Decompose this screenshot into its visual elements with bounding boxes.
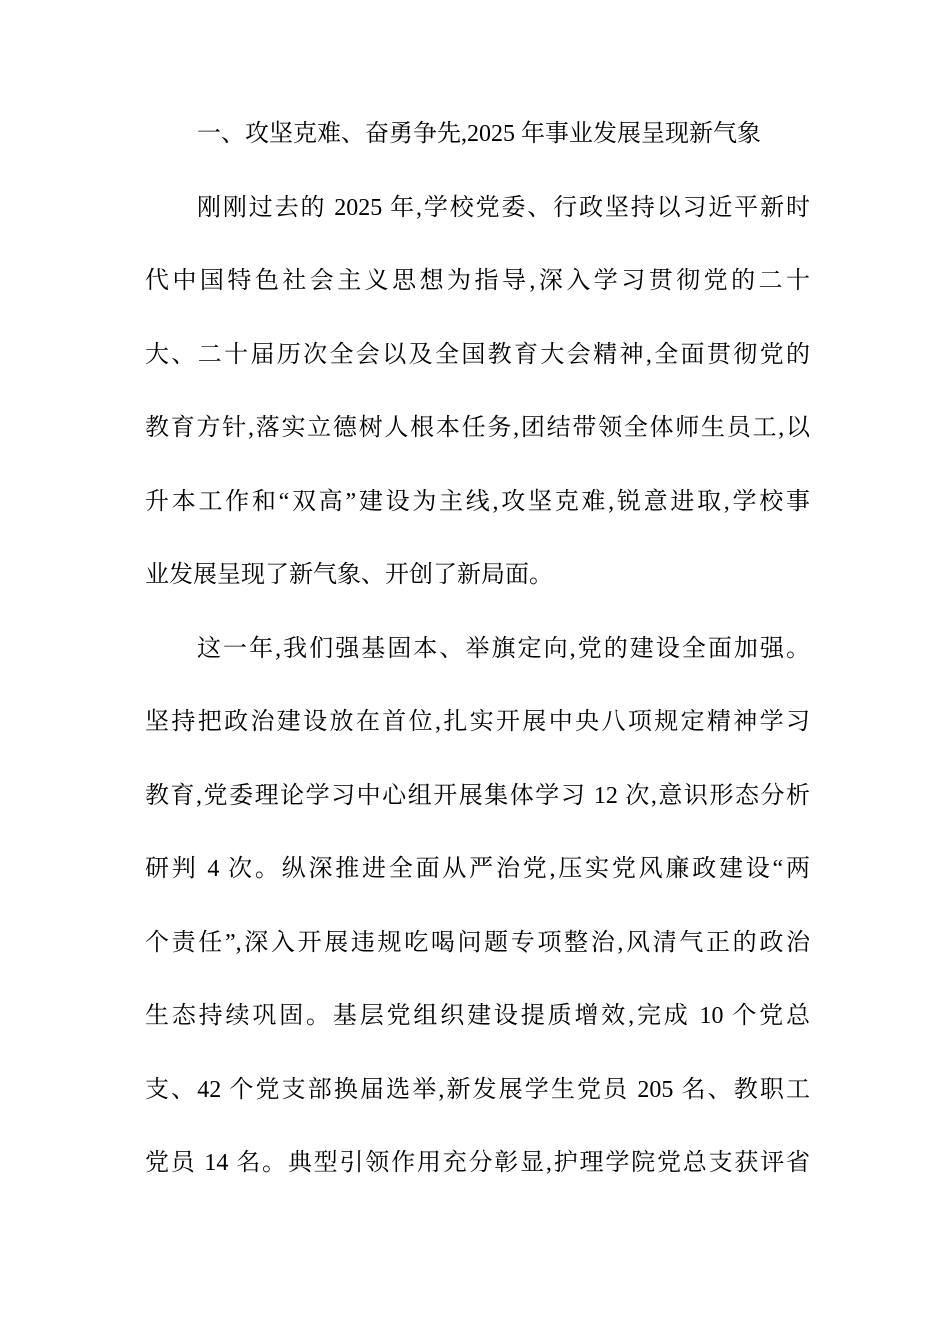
- text-line: 这一年,我们强基固本、举旗定向,党的建设全面加强。: [145, 613, 810, 687]
- text-line: 坚持把政治建设放在首位,扎实开展中央八项规定精神学习: [145, 686, 810, 760]
- text-line: 研判 4 次。纵深推进全面从严治党,压实党风廉政建设“两: [145, 833, 810, 907]
- text-line: 生态持续巩固。基层党组织建设提质增效,完成 10 个党总: [145, 980, 810, 1054]
- document-page: 一、攻坚克难、奋勇争先,2025 年事业发展呈现新气象刚刚过去的 2025 年,…: [0, 0, 950, 1344]
- text-line: 业发展呈现了新气象、开创了新局面。: [145, 539, 810, 613]
- text-line: 党员 14 名。典型引领作用充分彰显,护理学院党总支获评省: [145, 1127, 810, 1201]
- text-line: 教育方针,落实立德树人根本任务,团结带领全体师生员工,以: [145, 392, 810, 466]
- text-line: 大、二十届历次全会以及全国教育大会精神,全面贯彻党的: [145, 319, 810, 393]
- text-line: 刚刚过去的 2025 年,学校党委、行政坚持以习近平新时: [145, 172, 810, 246]
- text-line: 一、攻坚克难、奋勇争先,2025 年事业发展呈现新气象: [145, 98, 810, 172]
- text-line: 代中国特色社会主义思想为指导,深入学习贯彻党的二十: [145, 245, 810, 319]
- text-line: 支、42 个党支部换届选举,新发展学生党员 205 名、教职工: [145, 1054, 810, 1128]
- document-text: 一、攻坚克难、奋勇争先,2025 年事业发展呈现新气象刚刚过去的 2025 年,…: [145, 98, 810, 1201]
- text-line: 教育,党委理论学习中心组开展集体学习 12 次,意识形态分析: [145, 760, 810, 834]
- text-line: 升本工作和“双高”建设为主线,攻坚克难,锐意进取,学校事: [145, 466, 810, 540]
- text-line: 个责任”,深入开展违规吃喝问题专项整治,风清气正的政治: [145, 907, 810, 981]
